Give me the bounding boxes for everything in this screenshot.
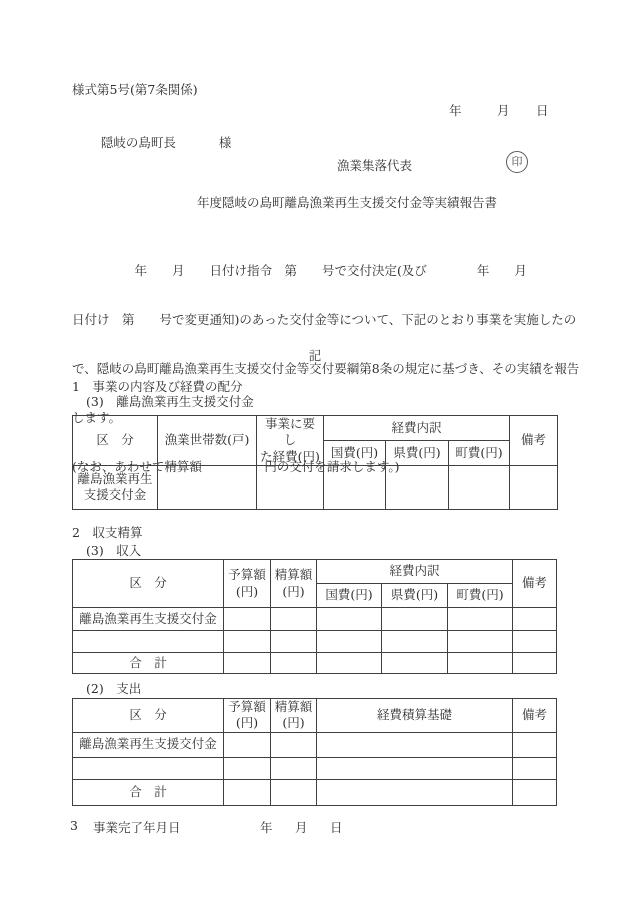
empty-cell <box>224 779 271 805</box>
completion-year-label: 年 <box>260 818 273 836</box>
empty-cell <box>317 757 513 779</box>
empty-cell <box>271 757 317 779</box>
section2-expenditure-subheading: (2) 支出 <box>86 679 141 697</box>
col-header-remarks: 備考 <box>510 416 558 466</box>
empty-cell <box>317 608 382 631</box>
ki-label: 記 <box>0 346 630 364</box>
empty-cell <box>271 732 317 757</box>
col-header-expense-breakdown: 経費内訳 <box>324 416 510 441</box>
empty-cell <box>224 757 271 779</box>
row-label-blank <box>73 757 224 779</box>
empty-cell <box>224 732 271 757</box>
col-header-settlement: 精算額 (円) <box>271 699 317 733</box>
col-header-households: 漁業世帯数(戸) <box>158 416 257 466</box>
empty-cell <box>271 608 317 631</box>
empty-cell <box>271 653 317 674</box>
section2-heading: 2 収支精算 <box>72 523 142 541</box>
empty-cell <box>257 465 324 509</box>
empty-cell <box>513 631 557 653</box>
empty-cell <box>317 631 382 653</box>
empty-cell <box>224 653 271 674</box>
col-header-town-cost: 町費(円) <box>449 441 510 465</box>
empty-cell <box>271 631 317 653</box>
document-page: 様式第5号(第7条関係) 年 月 日 隠岐の島町長様 漁業集落代表 印 年度隠岐… <box>0 0 630 915</box>
empty-cell <box>513 653 557 674</box>
table-row: 合 計 <box>73 653 557 674</box>
row-label-total: 合 計 <box>73 653 224 674</box>
grant-allocation-table: 区 分 漁業世帯数(戸) 事業に要し た経費(円) 経費内訳 備考 国費(円) … <box>72 415 558 510</box>
col-header-remarks: 備考 <box>513 560 557 608</box>
col-header-expense-breakdown: 経費内訳 <box>317 560 513 584</box>
seal-icon: 印 <box>506 151 528 173</box>
table-row <box>73 757 557 779</box>
col-header-kubun: 区 分 <box>73 560 224 608</box>
empty-cell <box>317 732 513 757</box>
empty-cell <box>386 465 449 509</box>
section3-heading: 事業完了年月日 <box>93 818 181 836</box>
addressee-line: 隠岐の島町長様 <box>85 118 231 166</box>
col-header-cost-calculation-basis: 経費積算基礎 <box>317 699 513 733</box>
empty-cell <box>513 608 557 631</box>
row-label-grant: 離島漁業再生 支援交付金 <box>73 465 158 509</box>
empty-cell <box>448 631 513 653</box>
table-row: 合 計 <box>73 779 557 805</box>
paragraph-line: 日付け 第 号で変更通知)のあった交付金等について、下記のとおり事業を実施したの <box>72 310 579 329</box>
empty-cell <box>513 757 557 779</box>
empty-cell <box>271 779 317 805</box>
empty-cell <box>382 608 448 631</box>
date-year-label: 年 <box>449 101 462 119</box>
empty-cell <box>324 465 386 509</box>
empty-cell <box>224 631 271 653</box>
addressee-honorific: 様 <box>219 135 232 150</box>
completion-day-label: 日 <box>330 818 343 836</box>
col-header-budget: 予算額 (円) <box>224 560 271 608</box>
date-day-label: 日 <box>536 101 549 119</box>
empty-cell <box>513 732 557 757</box>
col-header-prefectural-cost: 県費(円) <box>386 441 449 465</box>
empty-cell <box>510 465 558 509</box>
col-header-national-cost: 国費(円) <box>317 584 382 608</box>
completion-month-label: 月 <box>295 818 308 836</box>
date-month-label: 月 <box>497 101 510 119</box>
col-header-budget: 予算額 (円) <box>224 699 271 733</box>
empty-cell <box>317 653 382 674</box>
table-row: 離島漁業再生支援交付金 <box>73 608 557 631</box>
empty-cell <box>513 779 557 805</box>
col-header-settlement: 精算額 (円) <box>271 560 317 608</box>
col-header-project-expense: 事業に要し た経費(円) <box>257 416 324 466</box>
income-settlement-table: 区 分 予算額 (円) 精算額 (円) 経費内訳 備考 国費(円) 県費(円) … <box>72 559 557 674</box>
document-title: 年度隠岐の島町離島漁業再生支援交付金等実績報告書 <box>197 193 497 211</box>
representative-label: 漁業集落代表 <box>337 156 412 174</box>
empty-cell <box>382 631 448 653</box>
row-label-grant: 離島漁業再生支援交付金 <box>73 608 224 631</box>
col-header-national-cost: 国費(円) <box>324 441 386 465</box>
table-row <box>73 631 557 653</box>
empty-cell <box>448 608 513 631</box>
col-header-kubun: 区 分 <box>73 416 158 466</box>
empty-cell <box>158 465 257 509</box>
col-header-remarks: 備考 <box>513 699 557 733</box>
expenditure-settlement-table: 区 分 予算額 (円) 精算額 (円) 経費積算基礎 備考 離島漁業再生支援交付… <box>72 698 557 806</box>
col-header-kubun: 区 分 <box>73 699 224 733</box>
section3-number: 3 <box>70 818 78 833</box>
row-label-grant: 離島漁業再生支援交付金 <box>73 732 224 757</box>
col-header-town-cost: 町費(円) <box>448 584 513 608</box>
row-label-total: 合 計 <box>73 779 224 805</box>
section1-subheading: (3) 離島漁業再生支援交付金 <box>86 392 254 410</box>
empty-cell <box>448 653 513 674</box>
table-row: 離島漁業再生支援交付金 <box>73 732 557 757</box>
table-row: 離島漁業再生 支援交付金 <box>73 465 558 509</box>
empty-cell <box>317 779 513 805</box>
empty-cell <box>382 653 448 674</box>
addressee-name: 隠岐の島町長 <box>101 135 176 150</box>
form-number: 様式第5号(第7条関係) <box>72 80 198 98</box>
empty-cell <box>224 608 271 631</box>
row-label-blank <box>73 631 224 653</box>
paragraph-line: 年 月 日付け指令 第 号で交付決定(及び 年 月 <box>72 261 579 280</box>
section2-income-subheading: (3) 収入 <box>86 541 141 559</box>
empty-cell <box>449 465 510 509</box>
col-header-prefectural-cost: 県費(円) <box>382 584 448 608</box>
